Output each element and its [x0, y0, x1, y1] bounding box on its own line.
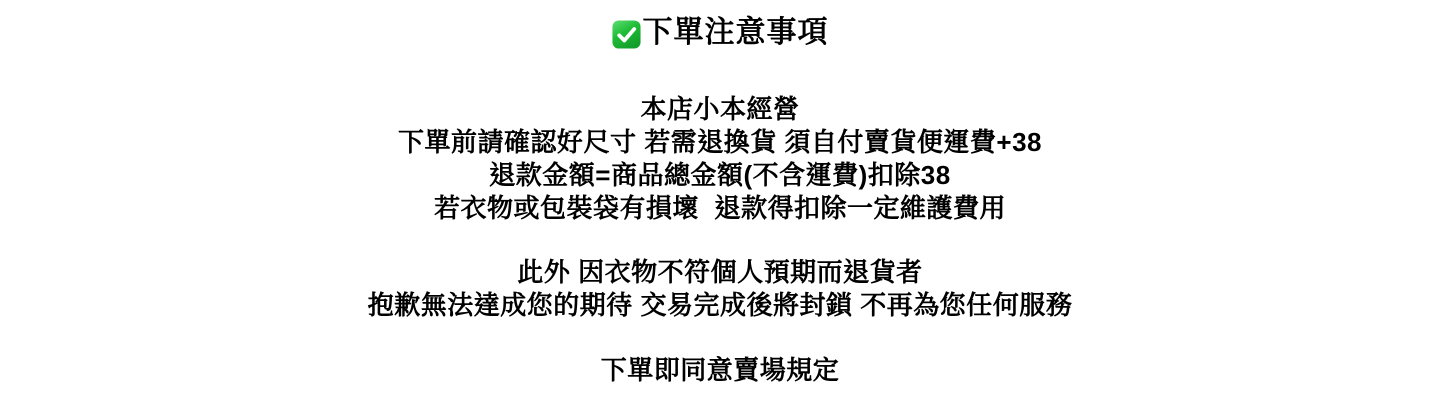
notice-line: 下單即同意賣場規定: [0, 354, 1440, 387]
check-mark-icon: [612, 20, 641, 49]
notice-line: 退款金額=商品總金額(不含運費)扣除38: [0, 159, 1440, 192]
page-title-text: 下單注意事項: [643, 15, 829, 51]
page-title: 下單注意事項: [0, 0, 1440, 51]
order-notice-page: 下單注意事項 本店小本經營 下單前請確認好尺寸 若需退換貨 須自付賣貨便運費+3…: [0, 0, 1440, 400]
notice-line: 若衣物或包裝袋有損壞 退款得扣除一定維護費用: [0, 192, 1440, 225]
notice-line: 下單前請確認好尺寸 若需退換貨 須自付賣貨便運費+38: [0, 126, 1440, 159]
notice-line: 本店小本經營: [0, 93, 1440, 126]
notice-paragraph-rules: 本店小本經營 下單前請確認好尺寸 若需退換貨 須自付賣貨便運費+38 退款金額=…: [0, 93, 1440, 225]
notice-line: 抱歉無法達成您的期待 交易完成後將封鎖 不再為您任何服務: [0, 289, 1440, 322]
notice-line: 此外 因衣物不符個人預期而退貨者: [0, 256, 1440, 289]
notice-paragraph-agreement: 下單即同意賣場規定: [0, 354, 1440, 387]
notice-paragraph-returns: 此外 因衣物不符個人預期而退貨者 抱歉無法達成您的期待 交易完成後將封鎖 不再為…: [0, 256, 1440, 322]
